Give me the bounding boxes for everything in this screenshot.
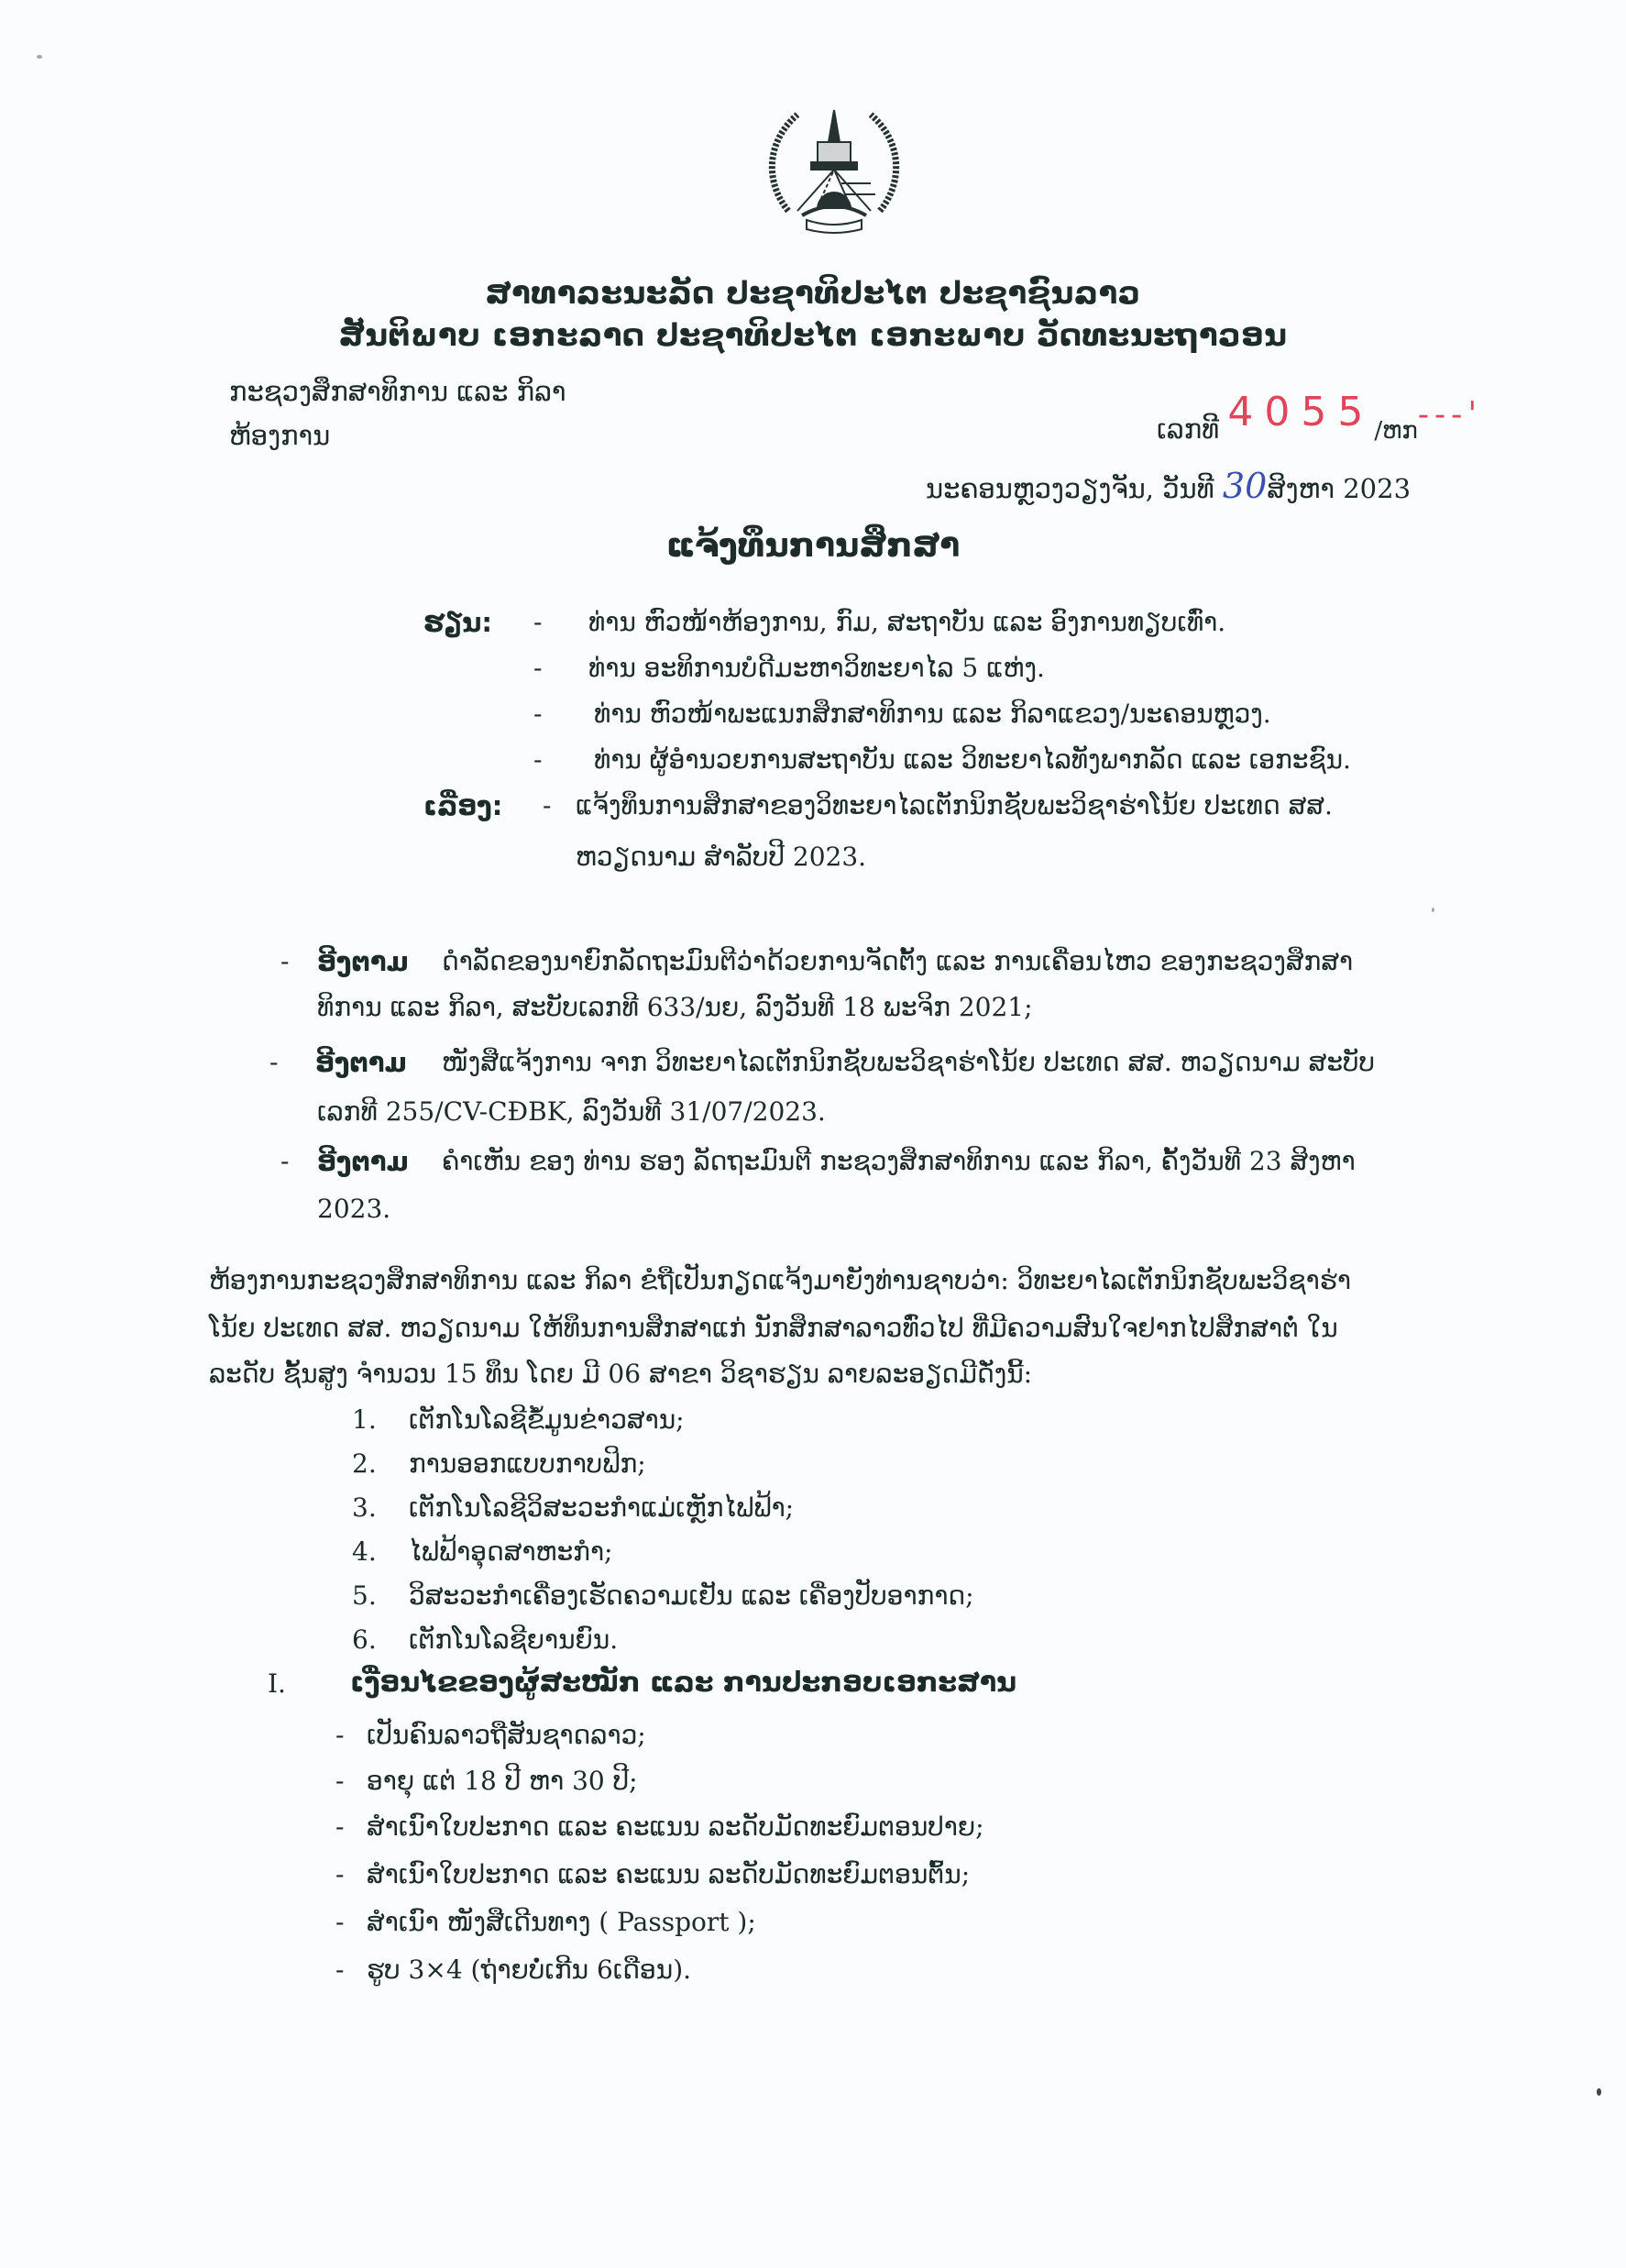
reference-trail: ---' [1418, 396, 1482, 434]
major-item: ວິສະວະກໍາເຄື່ອງເຮັດຄວາມເຢັນ ແລະ ເຄື່ອງປັ… [409, 1580, 974, 1611]
major-number: 4. [352, 1536, 377, 1567]
requirement-item: ອາຍຸ ແຕ່ 18 ປີ ຫາ 30 ປີ; [367, 1766, 638, 1796]
reference-number: ເລກທີ 4055/ຫກ---' [1157, 402, 1482, 448]
country-name-heading: ສາທາລະນະລັດ ປະຊາທິປະໄຕ ປະຊາຊົນລາວ [0, 275, 1626, 312]
major-item: ເຕັກໂນໂລຊີຂໍ້ມູນຂ່າວສານ; [409, 1404, 685, 1435]
reference-text-1b: ທິການ ແລະ ກິລາ, ສະບັບເລກທີ 633/ນຍ, ລົງວັ… [317, 992, 1033, 1022]
major-number: 1. [352, 1404, 377, 1435]
major-number: 6. [352, 1624, 377, 1655]
document-title: ແຈ້ງທຶນການສຶກສາ [0, 527, 1626, 565]
reference-text-2b: ເລກທີ 255/CV-CĐBK, ລົງວັນທີ 31/07/2023. [317, 1096, 826, 1127]
reference-text-2a: ໜັງສືແຈ້ງການ ຈາກ ວິທະຍາໄລເຕັກນິກຊັບພະວິຊ… [442, 1047, 1375, 1077]
body-line: ຫ້ອງການກະຊວງສຶກສາທິການ ແລະ ກິລາ ຂໍຖືເປັນ… [209, 1265, 1351, 1295]
section-title: ເງື່ອນໄຂຂອງຜູ້ສະໝັກ ແລະ ການປະກອບເອກະສານ [350, 1667, 1016, 1699]
dateline: ນະຄອນຫຼວງວຽງຈັນ, ວັນທີ 30ສິງຫາ 2023 [926, 466, 1411, 506]
bullet-dash: - [335, 1954, 344, 1985]
reference-label: ເລກທີ [1157, 413, 1219, 445]
reference-text-3b: 2023. [317, 1194, 390, 1224]
bullet-dash: - [280, 1146, 289, 1176]
bullet-dash: - [335, 1907, 344, 1937]
recipient-item: ທ່ານ ຫົວໜ້າຫ້ອງການ, ກົມ, ສະຖາບັນ ແລະ ອົງ… [588, 607, 1225, 637]
major-item: ເຕັກໂນໂລຊີຍານຍົນ. [409, 1624, 618, 1655]
handwritten-day: 30 [1223, 466, 1267, 506]
reference-text-3a: ຄໍາເຫັນ ຂອງ ທ່ານ ຮອງ ລັດຖະມົນຕີ ກະຊວງສຶກ… [442, 1146, 1356, 1176]
bullet-dash: - [269, 1047, 278, 1077]
requirement-item: ສໍາເນົາໃບປະກາດ ແລະ ຄະແນນ ລະດັບມັດທະຍົມຕອ… [367, 1859, 970, 1889]
bullet-dash: - [533, 699, 542, 729]
subject-label: ເລື່ອງ: [423, 790, 502, 821]
recipient-item: ທ່ານ ຫົວໜ້າພະແນກສຶກສາທິການ ແລະ ກິລາແຂວງ/… [594, 699, 1271, 729]
major-item: ໄຟຟ້າອຸດສາຫະກໍາ; [409, 1536, 612, 1567]
major-item: ເຕັກໂນໂລຊີວິສະວະກໍາແມ່ເຫຼັກໄຟຟ້າ; [409, 1492, 794, 1523]
scan-speck [1432, 908, 1434, 912]
requirement-item: ເປັນຄົນລາວຖືສັນຊາດລາວ; [367, 1720, 646, 1750]
sender-office: ຫ້ອງການ [229, 420, 330, 451]
bullet-dash: - [533, 653, 542, 683]
sender-ministry: ກະຊວງສຶກສາທິການ ແລະ ກິລາ [229, 376, 566, 407]
bullet-dash: - [335, 1811, 344, 1842]
body-line: ລະດັບ ຊັ້ນສູງ ຈໍານວນ 15 ທຶນ ໂດຍ ມີ 06 ສາ… [209, 1359, 1032, 1389]
to-label: ຮຽນ: [423, 607, 492, 638]
major-item: ການອອກແບບກາບຟິກ; [409, 1448, 646, 1479]
scan-speck [1597, 2088, 1601, 2096]
reference-label-3: ອີງຕາມ [317, 1146, 409, 1177]
reference-label-2: ອີງຕາມ [315, 1047, 407, 1078]
major-number: 2. [352, 1448, 377, 1479]
bullet-dash: - [335, 1766, 344, 1796]
lao-national-emblem-icon [761, 92, 907, 238]
bullet-dash: - [543, 790, 551, 820]
subject-line-1: ແຈ້ງທຶນການສຶກສາຂອງວິທະຍາໄລເຕັກນິກຊັບພະວິ… [576, 790, 1333, 820]
bullet-dash: - [335, 1720, 344, 1750]
bullet-dash: - [533, 744, 542, 775]
major-number: 5. [352, 1580, 377, 1611]
requirement-item: ສໍາເນົາໃບປະກາດ ແລະ ຄະແນນ ລະດັບມັດທະຍົມຕອ… [367, 1811, 984, 1842]
requirement-item: ສໍາເນົາ ໜັງສືເດີນທາງ ( Passport ); [367, 1907, 756, 1937]
recipient-item: ທ່ານ ອະທິການບໍດີມະຫາວິທະຍາໄລ 5 ແຫ່ງ. [588, 653, 1045, 683]
requirement-item: ຮູບ 3×4 (ຖ່າຍບໍ່ເກີນ 6ເດືອນ). [367, 1954, 691, 1985]
reference-stamp-number: 4055 [1227, 389, 1374, 435]
scan-speck [37, 55, 42, 59]
bullet-dash: - [280, 946, 289, 976]
section-number: I. [268, 1668, 286, 1699]
subject-line-2: ຫວຽດນາມ ສໍາລັບປີ 2023. [576, 842, 866, 872]
recipient-item: ທ່ານ ຜູ້ອໍານວຍການສະຖາບັນ ແລະ ວິທະຍາໄລທັງ… [594, 744, 1351, 775]
national-motto-heading: ສັນຕິພາບ ເອກະລາດ ປະຊາທິປະໄຕ ເອກະພາບ ວັດທ… [0, 317, 1626, 354]
reference-label-1: ອີງຕາມ [317, 946, 409, 977]
bullet-dash: - [335, 1859, 344, 1889]
dateline-suffix: ສິງຫາ 2023 [1267, 473, 1411, 504]
bullet-dash: - [533, 607, 542, 637]
reference-text-1a: ດໍາລັດຂອງນາຍົກລັດຖະມົນຕີວ່າດ້ວຍການຈັດຕັ້… [442, 946, 1353, 976]
reference-suffix: /ຫກ [1374, 417, 1417, 445]
dateline-prefix: ນະຄອນຫຼວງວຽງຈັນ, ວັນທີ [926, 473, 1214, 504]
major-number: 3. [352, 1492, 377, 1523]
body-line: ໂນ້ຍ ປະເທດ ສສ. ຫວຽດນາມ ໃຫ້ທຶນການສຶກສາແກ່… [209, 1313, 1338, 1343]
